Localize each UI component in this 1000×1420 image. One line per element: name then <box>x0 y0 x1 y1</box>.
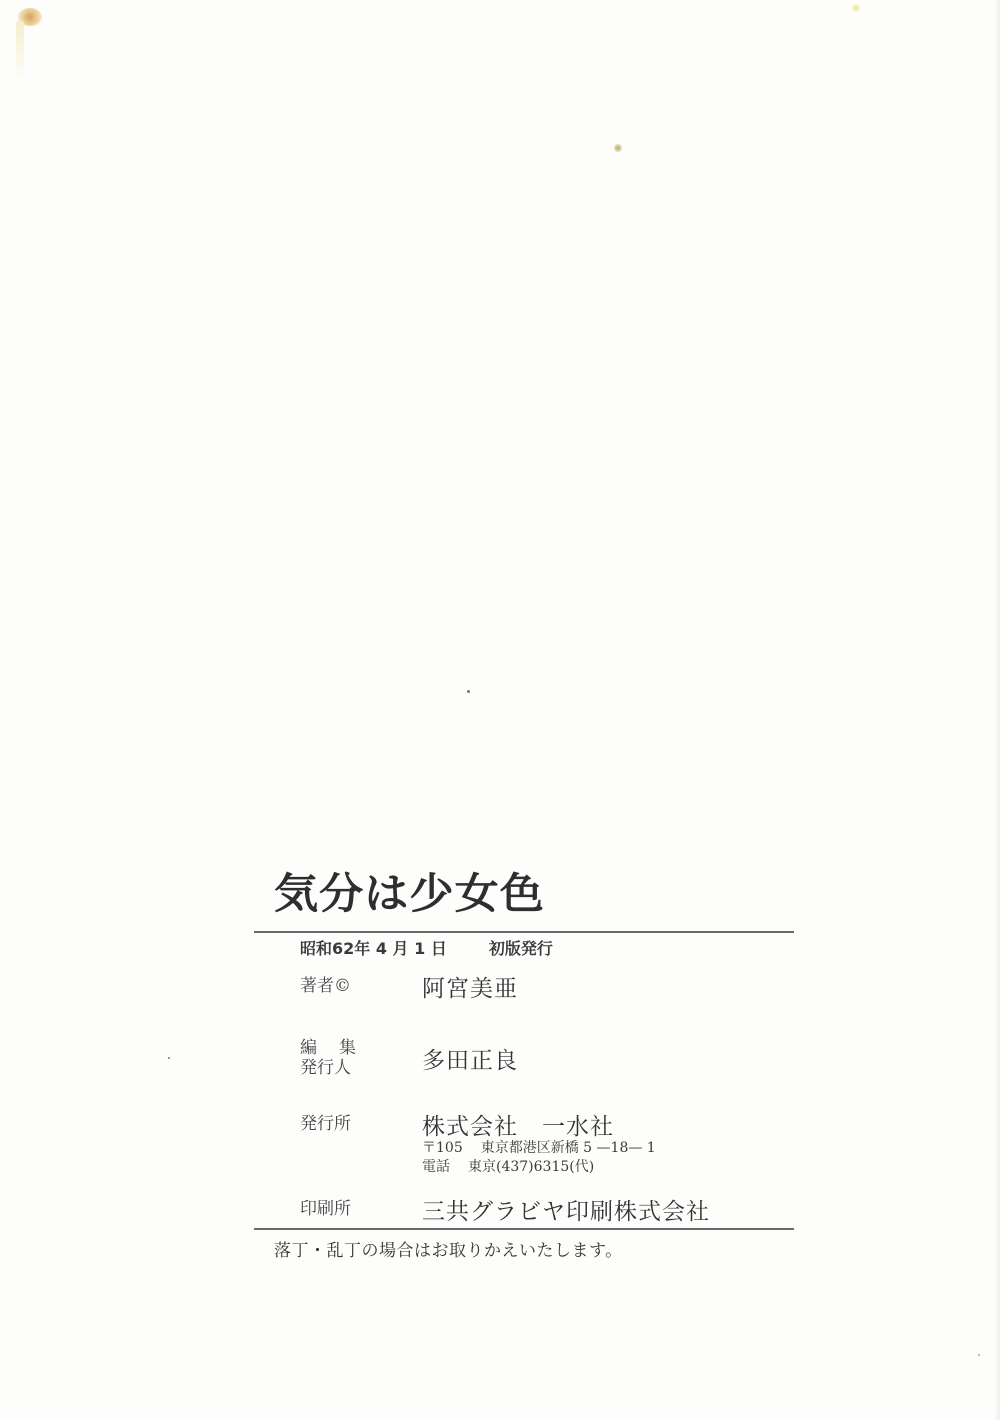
publisher-name: 株式会社 一水社 <box>422 1108 614 1141</box>
publisher-phone: 電話東京(437)6315(代) <box>422 1158 594 1177</box>
postal-code: 〒105 <box>422 1140 463 1156</box>
printer-name: 三共グラビヤ印刷株式会社 <box>422 1193 710 1226</box>
top-rule <box>254 931 794 933</box>
edition-label: 初版発行 <box>489 939 553 958</box>
editor-publisher-label: 編集 発行人 <box>300 1038 378 1078</box>
phone-number: 東京(437)6315(代) <box>468 1159 594 1175</box>
paper-stain <box>18 8 42 26</box>
paper-speck <box>978 1354 980 1356</box>
publication-date: 昭和62年 4 月 1 日 <box>300 939 447 958</box>
replacement-notice: 落丁・乱丁の場合はお取りかえいたします。 <box>274 1236 623 1261</box>
author-name: 阿宮美亜 <box>422 970 518 1003</box>
paper-stain <box>852 4 860 12</box>
page-edge <box>994 0 1000 1420</box>
publisher-address: 〒105東京都港区新橋 5 —18— 1 <box>422 1139 656 1158</box>
author-label: 著者© <box>300 976 351 996</box>
paper-speck <box>467 690 470 693</box>
publication-date-line: 昭和62年 4 月 1 日初版発行 <box>300 936 553 959</box>
phone-label: 電話 <box>422 1159 450 1175</box>
printer-label: 印刷所 <box>300 1199 351 1219</box>
book-title: 気分は少女色 <box>274 866 545 922</box>
paper-speck <box>168 1057 170 1059</box>
publisher-label: 発行所 <box>300 1114 351 1134</box>
street-address: 東京都港区新橋 5 —18— 1 <box>481 1140 656 1156</box>
editor-publisher-name: 多田正良 <box>422 1042 518 1075</box>
paper-stain <box>614 144 622 152</box>
bottom-rule <box>254 1228 794 1230</box>
paper-stain <box>16 20 24 80</box>
